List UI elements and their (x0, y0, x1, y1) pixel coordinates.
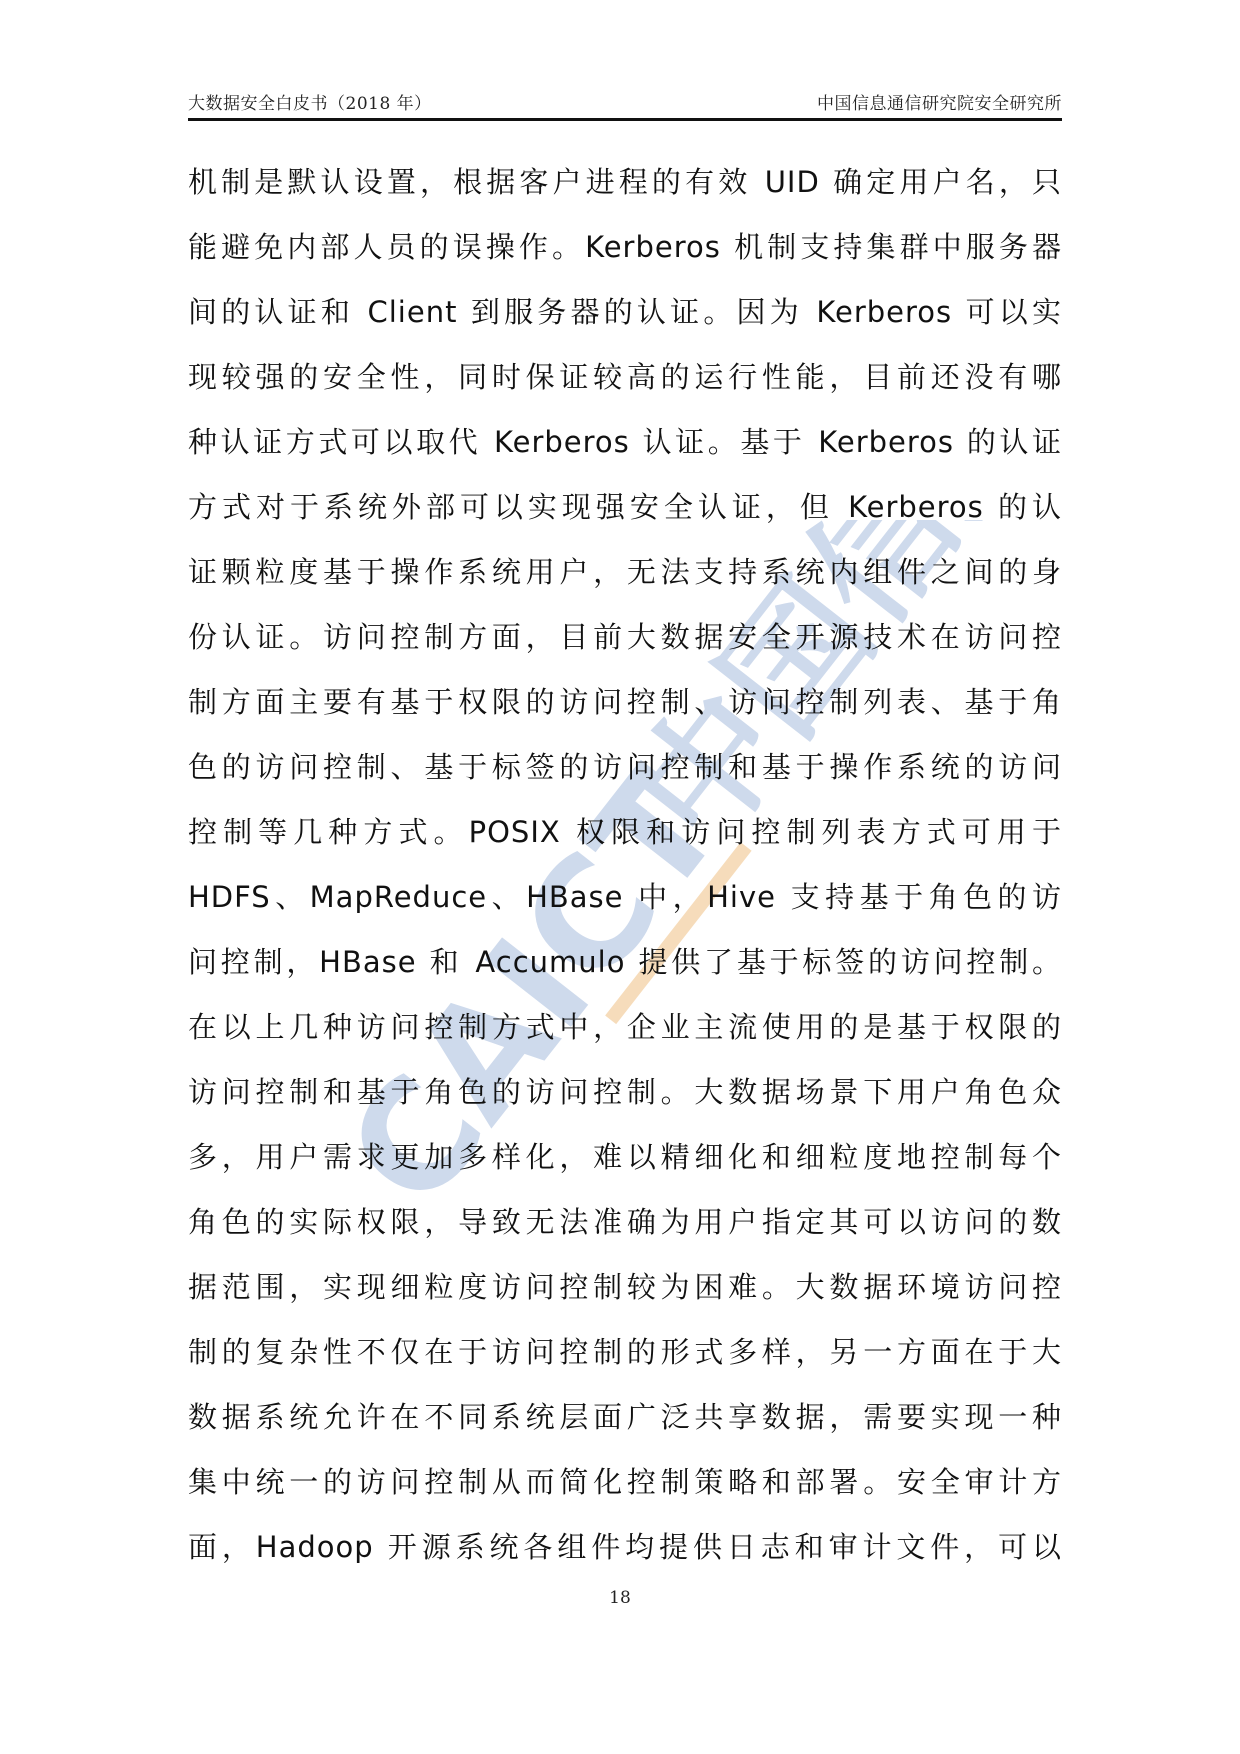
text-line: 控制等几种方式。POSIX 权限和访问控制列表方式可用于 (188, 800, 1062, 865)
text-line: 据范围，实现细粒度访问控制较为困难。大数据环境访问控 (188, 1255, 1062, 1320)
text-line: 问控制，HBase 和 Accumulo 提供了基于标签的访问控制。 (188, 930, 1062, 995)
text-line: HDFS、MapReduce、HBase 中，Hive 支持基于角色的访 (188, 865, 1062, 930)
text-line: 份认证。访问控制方面，目前大数据安全开源技术在访问控 (188, 605, 1062, 670)
text-line: 机制是默认设置，根据客户进程的有效 UID 确定用户名，只 (188, 150, 1062, 215)
text-line: 能避免内部人员的误操作。Kerberos 机制支持集群中服务器 (188, 215, 1062, 280)
text-line: 色的访问控制、基于标签的访问控制和基于操作系统的访问 (188, 735, 1062, 800)
text-line: 访问控制和基于角色的访问控制。大数据场景下用户角色众 (188, 1060, 1062, 1125)
text-line: 在以上几种访问控制方式中，企业主流使用的是基于权限的 (188, 995, 1062, 1060)
text-line: 间的认证和 Client 到服务器的认证。因为 Kerberos 可以实 (188, 280, 1062, 345)
document-title: 大数据安全白皮书（2018 年） (188, 89, 432, 114)
body-paragraph: 机制是默认设置，根据客户进程的有效 UID 确定用户名，只 能避免内部人员的误操… (188, 150, 1062, 1580)
text-line: 证颗粒度基于操作系统用户，无法支持系统内组件之间的身 (188, 540, 1062, 605)
text-line: 数据系统允许在不同系统层面广泛共享数据，需要实现一种 (188, 1385, 1062, 1450)
text-line: 面，Hadoop 开源系统各组件均提供日志和审计文件，可以 (188, 1515, 1062, 1580)
organization-name: 中国信息通信研究院安全研究所 (817, 89, 1062, 114)
text-line: 制方面主要有基于权限的访问控制、访问控制列表、基于角 (188, 670, 1062, 735)
text-line: 制的复杂性不仅在于访问控制的形式多样，另一方面在于大 (188, 1320, 1062, 1385)
text-line: 多，用户需求更加多样化，难以精细化和细粒度地控制每个 (188, 1125, 1062, 1190)
page-number: 18 (0, 1588, 1240, 1608)
text-line: 方式对于系统外部可以实现强安全认证，但 Kerberos 的认 (188, 475, 1062, 540)
text-line: 集中统一的访问控制从而简化控制策略和部署。安全审计方 (188, 1450, 1062, 1515)
text-line: 种认证方式可以取代 Kerberos 认证。基于 Kerberos 的认证 (188, 410, 1062, 475)
page-header: 大数据安全白皮书（2018 年） 中国信息通信研究院安全研究所 (188, 84, 1062, 121)
text-line: 角色的实际权限，导致无法准确为用户指定其可以访问的数 (188, 1190, 1062, 1255)
text-line: 现较强的安全性，同时保证较高的运行性能，目前还没有哪 (188, 345, 1062, 410)
